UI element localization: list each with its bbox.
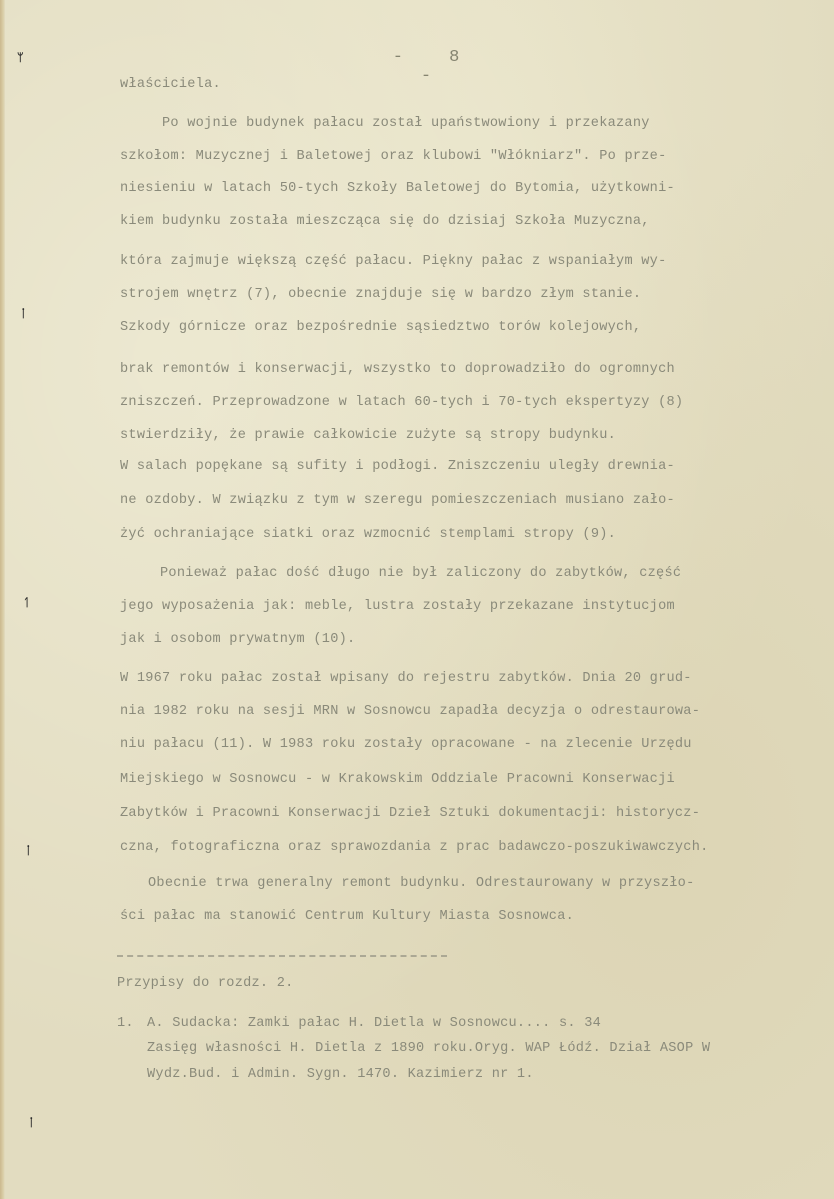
footnotes-heading: Przypisy do rozdz. 2. (117, 977, 294, 991)
document-page: ᛘ ᛙ ᛐ ᛙ ᛙ - 8 - właściciela. Po wojnie b… (0, 0, 834, 1199)
binding-edge (0, 0, 5, 1199)
footnote-line: A. Sudacka: Zamki pałac H. Dietla w Sosn… (147, 1017, 601, 1031)
text-line: nia 1982 roku na sesji MRN w Sosnowcu za… (120, 705, 700, 719)
text-line: Szkody górnicze oraz bezpośrednie sąsied… (120, 321, 641, 335)
footnote-line: Zasięg własności H. Dietla z 1890 roku.O… (147, 1042, 710, 1056)
text-line: W 1967 roku pałac został wpisany do reje… (120, 672, 692, 686)
text-line: ści pałac ma stanowić Centrum Kultury Mi… (120, 910, 574, 924)
margin-mark-icon: ᛐ (23, 597, 30, 608)
footnote-separator (117, 955, 447, 957)
footnote-line: Wydz.Bud. i Admin. Sygn. 1470. Kazimierz… (147, 1068, 534, 1082)
text-line: W salach popękane są sufity i podłogi. Z… (120, 460, 675, 474)
text-line: stwierdziły, że prawie całkowicie zużyte… (120, 429, 616, 443)
text-line: czna, fotograficzna oraz sprawozdania z … (120, 841, 709, 855)
footnote-number: 1. (117, 1017, 134, 1031)
text-line: Po wojnie budynek pałacu został upaństwo… (162, 117, 650, 131)
text-line: brak remontów i konserwacji, wszystko to… (120, 363, 675, 377)
text-line: kiem budynku została mieszcząca się do d… (120, 215, 650, 229)
text-line: Obecnie trwa generalny remont budynku. O… (148, 877, 695, 891)
text-line: Miejskiego w Sosnowcu - w Krakowskim Odd… (120, 773, 675, 787)
margin-mark-icon: ᛘ (17, 52, 24, 63)
margin-mark-icon: ᛙ (28, 1117, 35, 1128)
text-line: szkołom: Muzycznej i Baletowej oraz klub… (120, 150, 667, 164)
text-line: niu pałacu (11). W 1983 roku zostały opr… (120, 738, 692, 752)
text-line: Zabytków i Pracowni Konserwacji Dzieł Sz… (120, 807, 700, 821)
text-line: jego wyposażenia jak: meble, lustra zost… (120, 600, 675, 614)
text-line: niesieniu w latach 50-tych Szkoły Baleto… (120, 182, 675, 196)
text-line: zniszczeń. Przeprowadzone w latach 60-ty… (120, 396, 683, 410)
text-line: jak i osobom prywatnym (10). (120, 633, 355, 647)
margin-mark-icon: ᛙ (20, 308, 27, 319)
text-line: ne ozdoby. W związku z tym w szeregu pom… (120, 494, 675, 508)
margin-mark-icon: ᛙ (25, 845, 32, 856)
text-line: strojem wnętrz (7), obecnie znajduje się… (120, 288, 641, 302)
text-line: Ponieważ pałac dość długo nie był zalicz… (160, 567, 681, 581)
text-line: właściciela. (120, 78, 221, 92)
text-line: która zajmuje większą część pałacu. Pięk… (120, 255, 667, 269)
page-number: - 8 - (370, 48, 500, 86)
text-line: żyć ochraniające siatki oraz wzmocnić st… (120, 528, 616, 542)
